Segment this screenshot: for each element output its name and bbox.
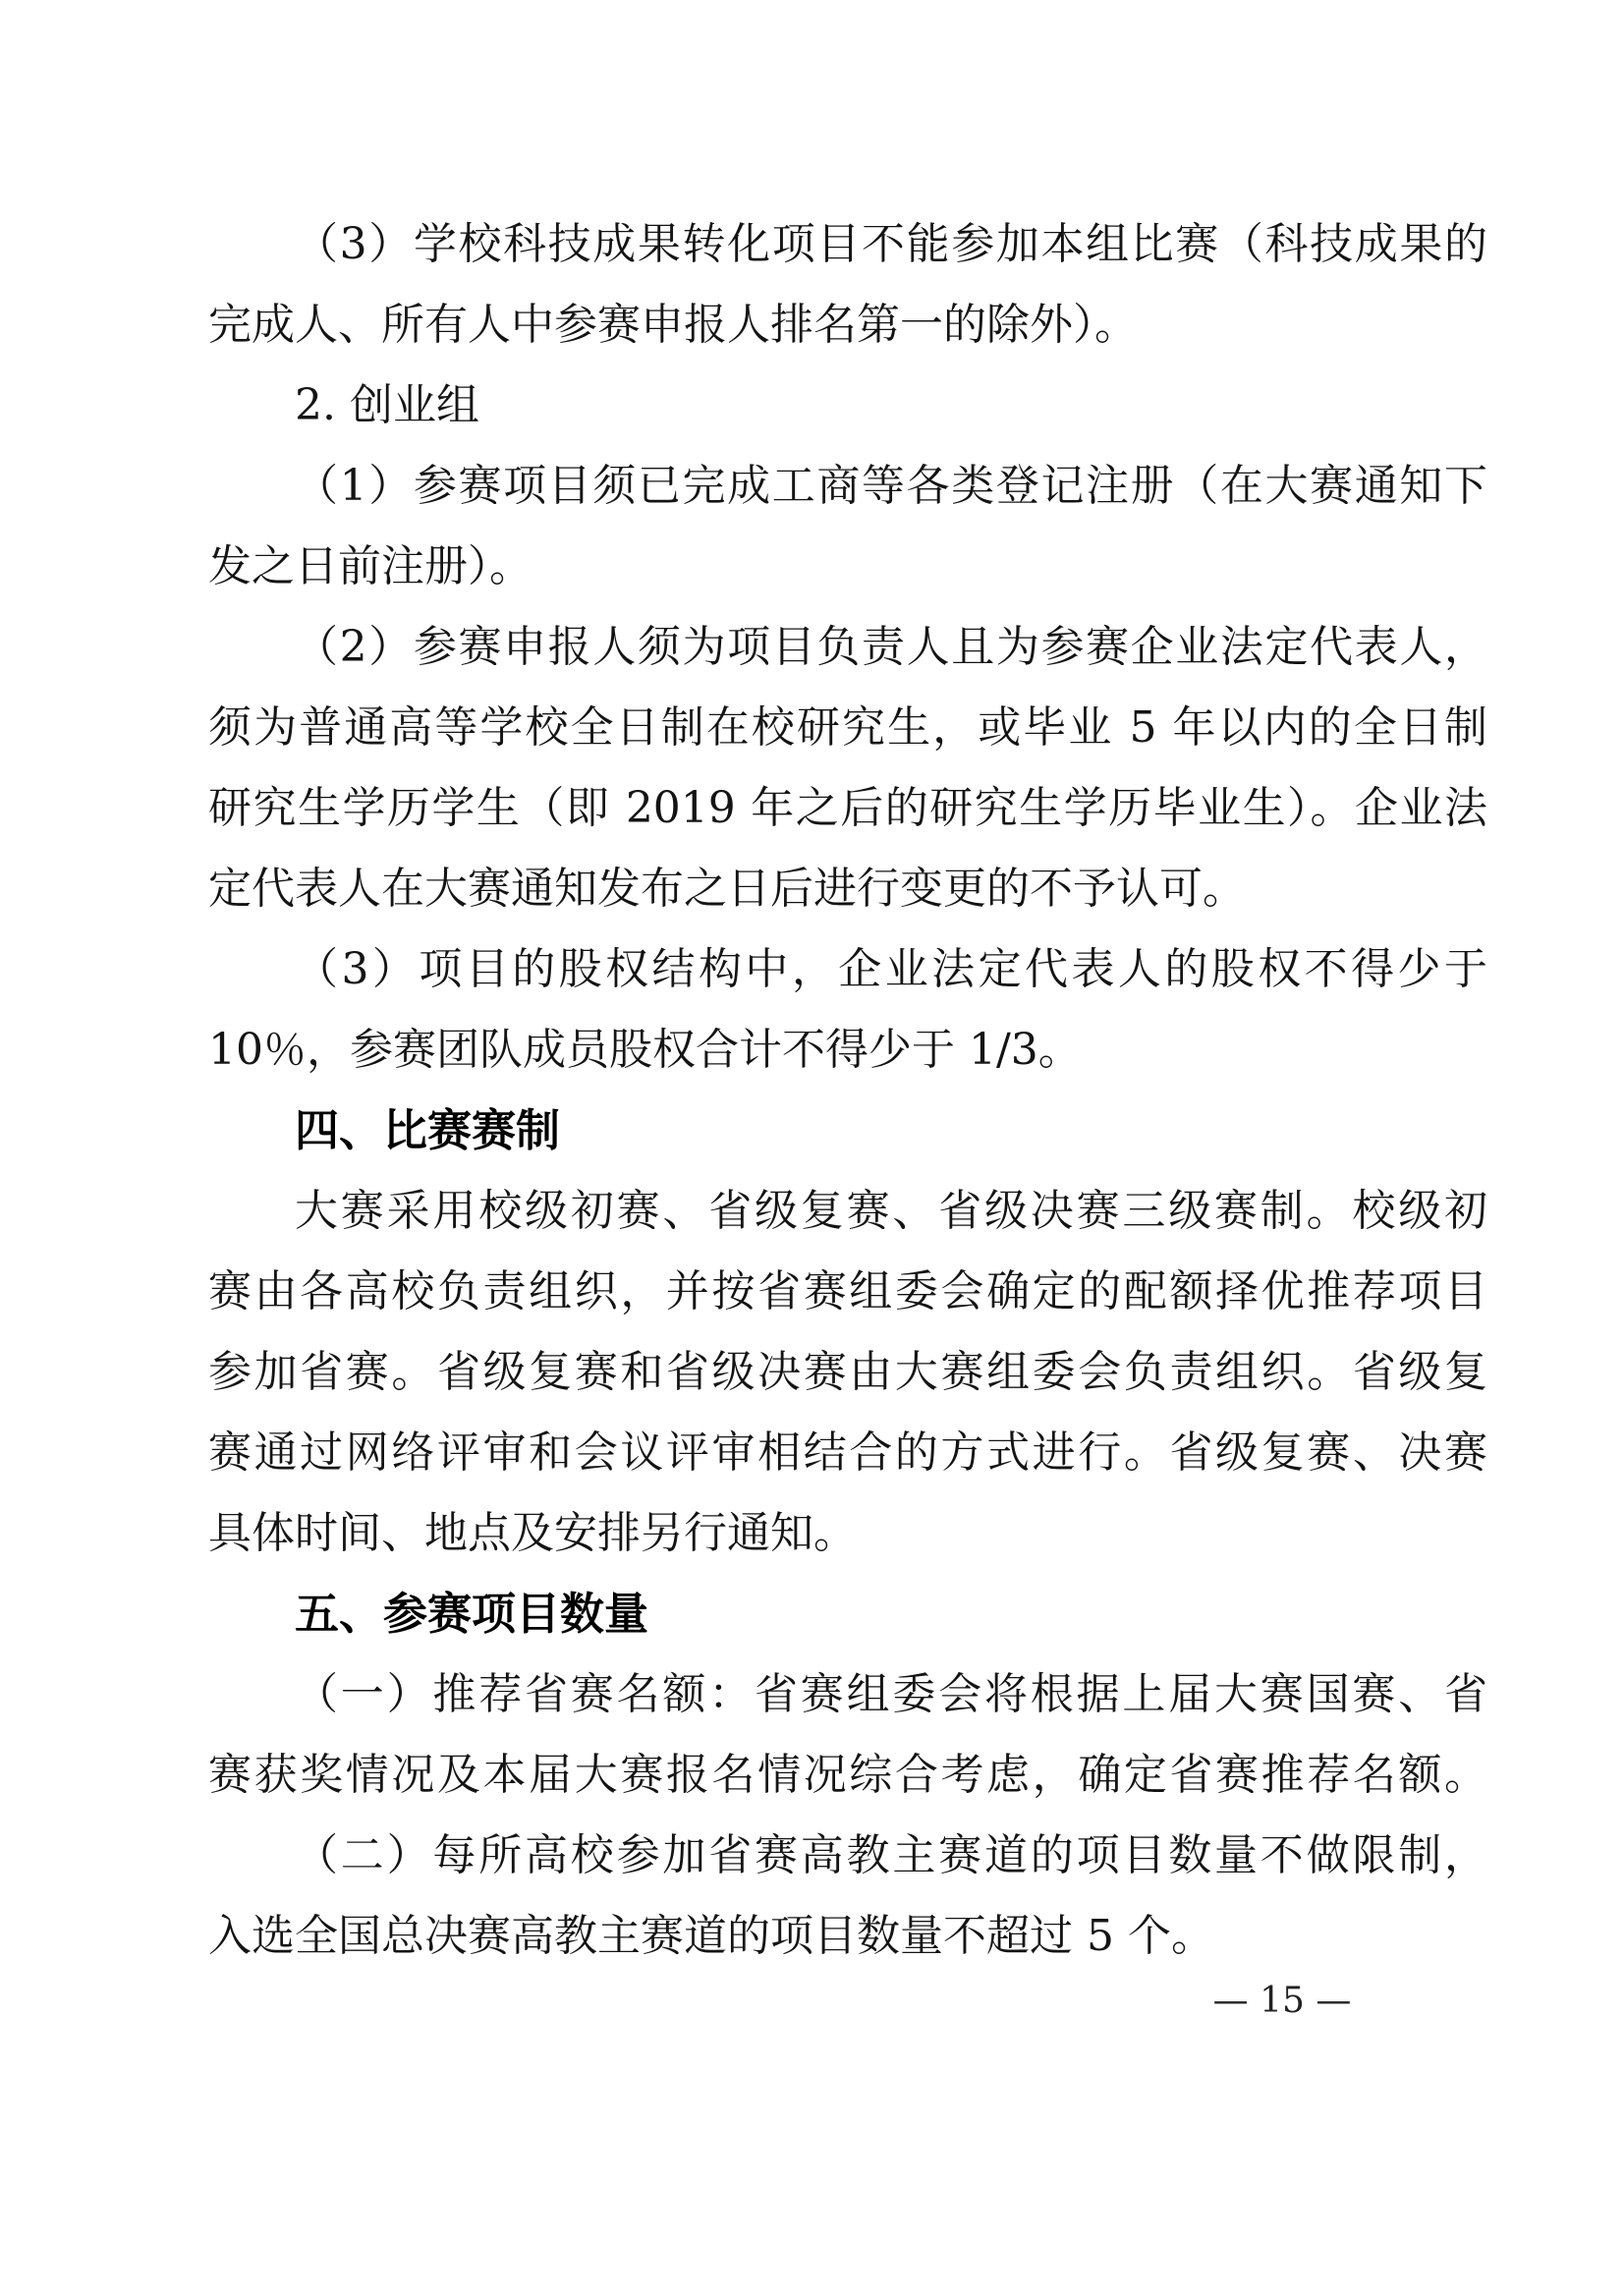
text-line: 赛获奖情况及本届大赛报名情况综合考虑，确定省赛推荐名额。	[208, 1735, 1487, 1816]
text-line: 入选全国总决赛高教主赛道的项目数量不超过 5 个。	[208, 1896, 1487, 1977]
text-line: 完成人、所有人中参赛申报人排名第一的除外）。	[208, 285, 1487, 365]
text-line: 10％，参赛团队成员股权合计不得少于 1/3。	[208, 1010, 1487, 1091]
text-line: 发之日前注册）。	[208, 527, 1487, 607]
page-number: — 15 —	[1130, 1973, 1434, 2030]
text-line: 研究生学历学生（即 2019 年之后的研究生学历毕业生）。企业法	[208, 768, 1487, 849]
text-line: （3）项目的股权结构中，企业法定代表人的股权不得少于	[208, 929, 1487, 1010]
text-line: （1）参赛项目须已完成工商等各类登记注册（在大赛通知下	[208, 446, 1487, 527]
document-page: （3）学校科技成果转化项目不能参加本组比赛（科技成果的完成人、所有人中参赛申报人…	[0, 0, 1624, 2295]
text-line: 须为普通高等学校全日制在校研究生，或毕业 5 年以内的全日制	[208, 688, 1487, 768]
document-body: （3）学校科技成果转化项目不能参加本组比赛（科技成果的完成人、所有人中参赛申报人…	[208, 204, 1487, 1977]
text-line: 大赛采用校级初赛、省级复赛、省级决赛三级赛制。校级初	[208, 1171, 1487, 1252]
text-line: （2）参赛申报人须为项目负责人且为参赛企业法定代表人，	[208, 607, 1487, 688]
section-heading: 四、比赛赛制	[208, 1091, 1487, 1171]
section-heading: 五、参赛项目数量	[208, 1574, 1487, 1654]
text-line: （3）学校科技成果转化项目不能参加本组比赛（科技成果的	[208, 204, 1487, 285]
text-line: （二）每所高校参加省赛高教主赛道的项目数量不做限制，	[208, 1816, 1487, 1896]
text-line: 2. 创业组	[208, 365, 1487, 446]
text-line: 定代表人在大赛通知发布之日后进行变更的不予认可。	[208, 849, 1487, 929]
text-line: 赛通过网络评审和会议评审相结合的方式进行。省级复赛、决赛	[208, 1413, 1487, 1493]
text-line: 参加省赛。省级复赛和省级决赛由大赛组委会负责组织。省级复	[208, 1332, 1487, 1413]
text-line: 赛由各高校负责组织，并按省赛组委会确定的配额择优推荐项目	[208, 1252, 1487, 1332]
text-line: 具体时间、地点及安排另行通知。	[208, 1493, 1487, 1574]
text-line: （一）推荐省赛名额：省赛组委会将根据上届大赛国赛、省	[208, 1654, 1487, 1735]
